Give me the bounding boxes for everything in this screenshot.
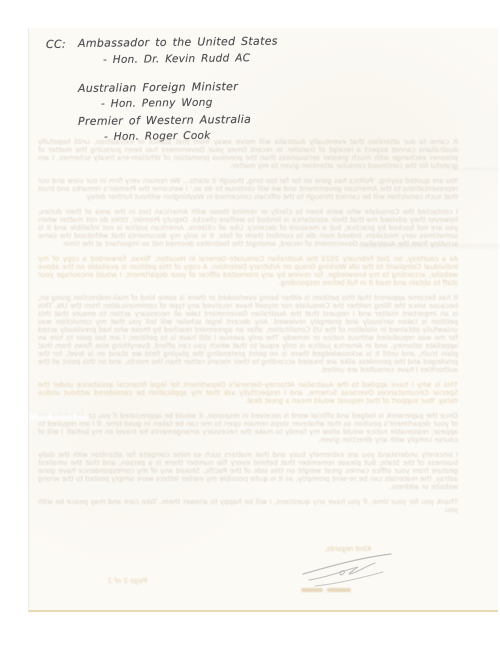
bleed-paragraph: Once the paperwork is lodged and officia… — [38, 412, 458, 444]
paper-crease — [29, 412, 89, 422]
paper-crease — [449, 166, 499, 172]
bleed-paragraph: You are quoted saying: 'Politics has gon… — [38, 177, 458, 201]
bleed-paragraph: Thank you for your time. If you have any… — [38, 498, 458, 514]
paper-crease — [359, 242, 500, 250]
cc-recipient-title-foreign-minister: Australian Foreign Minister — [78, 80, 238, 95]
cc-recipient-name-ambassador: - Hon. Dr. Kevin Rudd AC — [103, 52, 250, 66]
bleed-paragraph: It came to our attention that eventually… — [38, 138, 458, 170]
cc-recipient-title-ambassador: Ambassador to the United States — [78, 35, 278, 50]
bleed-paragraph: I sincerely understand you are extremely… — [38, 451, 458, 491]
cc-label: CC: — [46, 38, 66, 51]
cc-recipient-name-foreign-minister: - Hon. Penny Wong — [101, 97, 213, 110]
bleed-paragraph: As a courtesy, on 2nd February 2023 the … — [38, 255, 458, 287]
scanner-background: CC: Ambassador to the United States - Ho… — [0, 0, 500, 647]
scanned-page: CC: Ambassador to the United States - Ho… — [28, 28, 498, 612]
bleed-typed-name-illegible — [301, 588, 351, 592]
bleed-paragraph: It has become apparent that this petitio… — [38, 294, 458, 374]
bleed-page-number: Page 2 of 2 — [67, 577, 147, 585]
bleed-paragraph: This is why I have applied to the Austra… — [38, 381, 458, 405]
cc-recipient-title-premier: Premier of Western Australia — [78, 113, 251, 128]
handwritten-signature — [295, 550, 400, 590]
bleed-through-text-block: It came to our attention that eventually… — [38, 138, 458, 521]
